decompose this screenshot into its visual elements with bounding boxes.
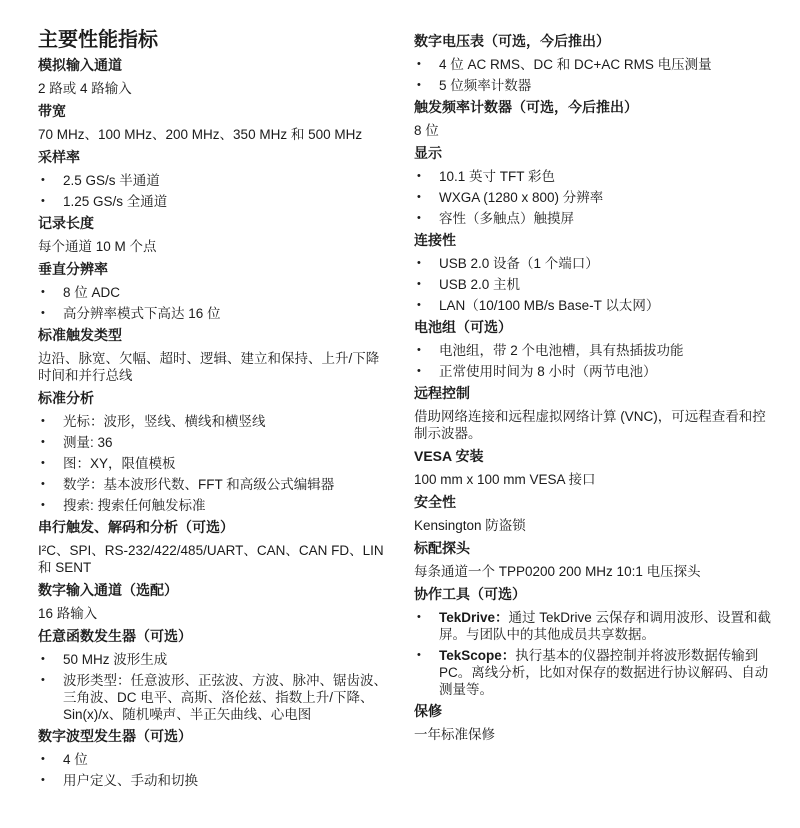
section: 任意函数发生器（可选）•50 MHz 波形生成•波形类型：任意波形、正弦波、方波… bbox=[38, 628, 390, 723]
bullet-dot-icon: • bbox=[38, 497, 63, 514]
section: 带宽70 MHz、100 MHz、200 MHz、350 MHz 和 500 M… bbox=[38, 103, 390, 143]
section-heading: 采样率 bbox=[38, 149, 390, 166]
bullet-text: 光标：波形，竖线、横线和横竖线 bbox=[63, 413, 390, 430]
section-heading: 记录长度 bbox=[38, 215, 390, 232]
section-heading: 数字电压表（可选，今后推出） bbox=[414, 33, 776, 50]
bullet-dot-icon: • bbox=[414, 363, 439, 380]
section-heading: 安全性 bbox=[414, 494, 776, 511]
section-paragraph: 每条通道一个 TPP0200 200 MHz 10:1 电压探头 bbox=[414, 563, 776, 580]
bullet-dot-icon: • bbox=[38, 751, 63, 768]
right-column: 数字电压表（可选，今后推出）•4 位 AC RMS、DC 和 DC+AC RMS… bbox=[414, 28, 776, 828]
right-column-sections: 数字电压表（可选，今后推出）•4 位 AC RMS、DC 和 DC+AC RMS… bbox=[414, 33, 776, 743]
section-heading: 标准触发类型 bbox=[38, 327, 390, 344]
bullet-text: 2.5 GS/s 半通道 bbox=[63, 172, 390, 189]
section: 记录长度每个通道 10 M 个点 bbox=[38, 215, 390, 255]
bullet-text: 高分辨率模式下高达 16 位 bbox=[63, 305, 390, 322]
bullet-lead: TekDrive： bbox=[439, 610, 509, 625]
bullet-item: •搜索: 搜索任何触发标准 bbox=[38, 497, 390, 514]
bullet-item: •10.1 英寸 TFT 彩色 bbox=[414, 168, 776, 185]
section-heading: 连接性 bbox=[414, 232, 776, 249]
bullet-dot-icon: • bbox=[414, 77, 439, 94]
bullet-dot-icon: • bbox=[38, 476, 63, 493]
section-paragraph: 每个通道 10 M 个点 bbox=[38, 238, 390, 255]
section: 显示•10.1 英寸 TFT 彩色•WXGA (1280 x 800) 分辨率•… bbox=[414, 145, 776, 227]
bullet-item: •USB 2.0 主机 bbox=[414, 276, 776, 293]
bullet-text: LAN（10/100 MB/s Base-T 以太网） bbox=[439, 297, 776, 314]
section-paragraph: 8 位 bbox=[414, 122, 776, 139]
section-heading: 协作工具（可选） bbox=[414, 586, 776, 603]
bullet-item: •4 位 AC RMS、DC 和 DC+AC RMS 电压测量 bbox=[414, 56, 776, 73]
section: 标准分析•光标：波形，竖线、横线和横竖线•测量: 36•图：XY，限值模板•数学… bbox=[38, 390, 390, 514]
bullet-item: •TekDrive：通过 TekDrive 云保存和调用波形、设置和截屏。与团队… bbox=[414, 609, 776, 643]
bullet-text: 电池组，带 2 个电池槽，具有热插拔功能 bbox=[439, 342, 776, 359]
section-heading: 保修 bbox=[414, 703, 776, 720]
bullet-item: •容性（多触点）触摸屏 bbox=[414, 210, 776, 227]
section: 连接性•USB 2.0 设备（1 个端口）•USB 2.0 主机•LAN（10/… bbox=[414, 232, 776, 314]
bullet-dot-icon: • bbox=[414, 276, 439, 293]
section: 电池组（可选）•电池组，带 2 个电池槽，具有热插拔功能•正常使用时间为 8 小… bbox=[414, 319, 776, 380]
bullet-text: 搜索: 搜索任何触发标准 bbox=[63, 497, 390, 514]
section-heading: 任意函数发生器（可选） bbox=[38, 628, 390, 645]
bullet-text: USB 2.0 主机 bbox=[439, 276, 776, 293]
bullet-dot-icon: • bbox=[38, 434, 63, 451]
bullet-text: 用户定义、手动和切换 bbox=[63, 772, 390, 789]
bullet-item: •波形类型：任意波形、正弦波、方波、脉冲、锯齿波、三角波、DC 电平、高斯、洛伦… bbox=[38, 672, 390, 723]
bullet-dot-icon: • bbox=[414, 168, 439, 185]
section-paragraph: 16 路输入 bbox=[38, 605, 390, 622]
section-heading: 数字波型发生器（可选） bbox=[38, 728, 390, 745]
section-paragraph: 100 mm x 100 mm VESA 接口 bbox=[414, 471, 776, 488]
bullet-item: •用户定义、手动和切换 bbox=[38, 772, 390, 789]
bullet-text: 4 位 bbox=[63, 751, 390, 768]
bullet-dot-icon: • bbox=[38, 413, 63, 430]
left-column: 主要性能指标 模拟输入通道2 路或 4 路输入带宽70 MHz、100 MHz、… bbox=[38, 28, 390, 828]
section-heading: 垂直分辨率 bbox=[38, 261, 390, 278]
bullet-dot-icon: • bbox=[38, 193, 63, 210]
bullet-dot-icon: • bbox=[414, 189, 439, 206]
bullet-text: 50 MHz 波形生成 bbox=[63, 651, 390, 668]
bullet-text: 容性（多触点）触摸屏 bbox=[439, 210, 776, 227]
bullet-item: •LAN（10/100 MB/s Base-T 以太网） bbox=[414, 297, 776, 314]
bullet-text: 波形类型：任意波形、正弦波、方波、脉冲、锯齿波、三角波、DC 电平、高斯、洛伦兹… bbox=[63, 672, 390, 723]
bullet-text: 10.1 英寸 TFT 彩色 bbox=[439, 168, 776, 185]
page-title: 主要性能指标 bbox=[38, 28, 390, 52]
bullet-dot-icon: • bbox=[38, 284, 63, 301]
bullet-item: •测量: 36 bbox=[38, 434, 390, 451]
section-heading: 标配探头 bbox=[414, 540, 776, 557]
bullet-item: •数学：基本波形代数、FFT 和高级公式编辑器 bbox=[38, 476, 390, 493]
bullet-text: USB 2.0 设备（1 个端口） bbox=[439, 255, 776, 272]
bullet-dot-icon: • bbox=[38, 172, 63, 189]
bullet-item: •电池组，带 2 个电池槽，具有热插拔功能 bbox=[414, 342, 776, 359]
bullet-text: WXGA (1280 x 800) 分辨率 bbox=[439, 189, 776, 206]
bullet-item: •50 MHz 波形生成 bbox=[38, 651, 390, 668]
bullet-lead: TekScope： bbox=[439, 648, 515, 663]
bullet-item: •光标：波形，竖线、横线和横竖线 bbox=[38, 413, 390, 430]
bullet-dot-icon: • bbox=[414, 342, 439, 359]
bullet-item: •4 位 bbox=[38, 751, 390, 768]
section-heading: 标准分析 bbox=[38, 390, 390, 407]
bullet-dot-icon: • bbox=[414, 255, 439, 272]
bullet-item: •5 位频率计数器 bbox=[414, 77, 776, 94]
section-paragraph: 借助网络连接和远程虚拟网络计算 (VNC)，可远程查看和控制示波器。 bbox=[414, 408, 776, 442]
bullet-dot-icon: • bbox=[414, 210, 439, 227]
bullet-dot-icon: • bbox=[414, 297, 439, 314]
bullet-text: 8 位 ADC bbox=[63, 284, 390, 301]
section-paragraph: 2 路或 4 路输入 bbox=[38, 80, 390, 97]
section-paragraph: 一年标准保修 bbox=[414, 726, 776, 743]
section: 触发频率计数器（可选，今后推出）8 位 bbox=[414, 99, 776, 139]
section-heading: 触发频率计数器（可选，今后推出） bbox=[414, 99, 776, 116]
bullet-item: •正常使用时间为 8 小时（两节电池） bbox=[414, 363, 776, 380]
section-heading: 模拟输入通道 bbox=[38, 57, 390, 74]
bullet-item: •1.25 GS/s 全通道 bbox=[38, 193, 390, 210]
bullet-text: 图：XY，限值模板 bbox=[63, 455, 390, 472]
left-column-sections: 模拟输入通道2 路或 4 路输入带宽70 MHz、100 MHz、200 MHz… bbox=[38, 57, 390, 789]
bullet-dot-icon: • bbox=[38, 651, 63, 668]
section-heading: 显示 bbox=[414, 145, 776, 162]
section: 协作工具（可选）•TekDrive：通过 TekDrive 云保存和调用波形、设… bbox=[414, 586, 776, 698]
section-heading: VESA 安装 bbox=[414, 448, 776, 465]
section-paragraph: 边沿、脉宽、欠幅、超时、逻辑、建立和保持、上升/下降时间和并行总线 bbox=[38, 350, 390, 384]
bullet-dot-icon: • bbox=[38, 455, 63, 472]
bullet-item: •USB 2.0 设备（1 个端口） bbox=[414, 255, 776, 272]
bullet-text: TekScope：执行基本的仪器控制并将波形数据传输到 PC。离线分析，比如对保… bbox=[439, 647, 776, 698]
section-paragraph: 70 MHz、100 MHz、200 MHz、350 MHz 和 500 MHz bbox=[38, 126, 390, 143]
section: 标配探头每条通道一个 TPP0200 200 MHz 10:1 电压探头 bbox=[414, 540, 776, 580]
bullet-text: 数学：基本波形代数、FFT 和高级公式编辑器 bbox=[63, 476, 390, 493]
section-heading: 串行触发、解码和分析（可选） bbox=[38, 519, 390, 536]
bullet-item: •8 位 ADC bbox=[38, 284, 390, 301]
section-heading: 数字输入通道（选配） bbox=[38, 582, 390, 599]
bullet-item: •WXGA (1280 x 800) 分辨率 bbox=[414, 189, 776, 206]
section: 垂直分辨率•8 位 ADC•高分辨率模式下高达 16 位 bbox=[38, 261, 390, 322]
section: 模拟输入通道2 路或 4 路输入 bbox=[38, 57, 390, 97]
bullet-dot-icon: • bbox=[414, 609, 439, 643]
section-heading: 带宽 bbox=[38, 103, 390, 120]
bullet-dot-icon: • bbox=[38, 772, 63, 789]
bullet-dot-icon: • bbox=[414, 56, 439, 73]
section: VESA 安装100 mm x 100 mm VESA 接口 bbox=[414, 448, 776, 488]
bullet-item: •2.5 GS/s 半通道 bbox=[38, 172, 390, 189]
bullet-text: 4 位 AC RMS、DC 和 DC+AC RMS 电压测量 bbox=[439, 56, 776, 73]
section: 保修一年标准保修 bbox=[414, 703, 776, 743]
bullet-text: 测量: 36 bbox=[63, 434, 390, 451]
section: 远程控制借助网络连接和远程虚拟网络计算 (VNC)，可远程查看和控制示波器。 bbox=[414, 385, 776, 442]
section: 串行触发、解码和分析（可选）I²C、SPI、RS-232/422/485/UAR… bbox=[38, 519, 390, 576]
section-heading: 电池组（可选） bbox=[414, 319, 776, 336]
section: 标准触发类型边沿、脉宽、欠幅、超时、逻辑、建立和保持、上升/下降时间和并行总线 bbox=[38, 327, 390, 384]
section: 数字电压表（可选，今后推出）•4 位 AC RMS、DC 和 DC+AC RMS… bbox=[414, 33, 776, 94]
bullet-item: •TekScope：执行基本的仪器控制并将波形数据传输到 PC。离线分析，比如对… bbox=[414, 647, 776, 698]
section: 数字波型发生器（可选）•4 位•用户定义、手动和切换 bbox=[38, 728, 390, 789]
section: 采样率•2.5 GS/s 半通道•1.25 GS/s 全通道 bbox=[38, 149, 390, 210]
spec-document-page: 主要性能指标 模拟输入通道2 路或 4 路输入带宽70 MHz、100 MHz、… bbox=[0, 0, 800, 828]
section-heading: 远程控制 bbox=[414, 385, 776, 402]
section-paragraph: Kensington 防盗锁 bbox=[414, 517, 776, 534]
section: 安全性Kensington 防盗锁 bbox=[414, 494, 776, 534]
bullet-dot-icon: • bbox=[38, 305, 63, 322]
section-paragraph: I²C、SPI、RS-232/422/485/UART、CAN、CAN FD、L… bbox=[38, 542, 390, 576]
bullet-text: TekDrive：通过 TekDrive 云保存和调用波形、设置和截屏。与团队中… bbox=[439, 609, 776, 643]
bullet-dot-icon: • bbox=[414, 647, 439, 698]
bullet-item: •高分辨率模式下高达 16 位 bbox=[38, 305, 390, 322]
bullet-text: 5 位频率计数器 bbox=[439, 77, 776, 94]
bullet-text: 正常使用时间为 8 小时（两节电池） bbox=[439, 363, 776, 380]
bullet-text: 1.25 GS/s 全通道 bbox=[63, 193, 390, 210]
section: 数字输入通道（选配）16 路输入 bbox=[38, 582, 390, 622]
bullet-dot-icon: • bbox=[38, 672, 63, 723]
bullet-item: •图：XY，限值模板 bbox=[38, 455, 390, 472]
